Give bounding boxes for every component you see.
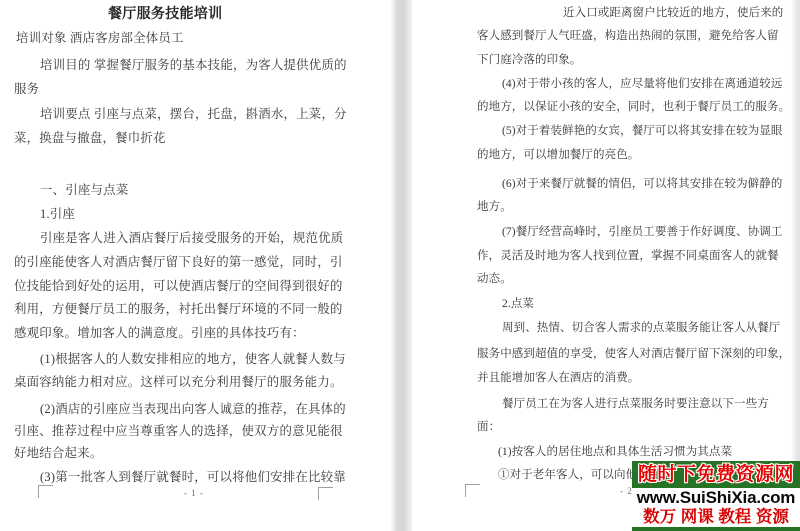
text-line: 动态。 [477,272,512,286]
text-line: 的引座能使客人对酒店餐厅留下良好的第一感觉，同时，引 [14,255,343,270]
text-line: ①对于老年客人，可以向他们 [498,468,649,482]
text-boundary-mark [318,487,333,500]
text-line: 餐厅员工在为客人进行点菜服务时要注意以下一些方 [502,397,769,411]
text-line: (1)根据客人的人数安排相应的地方，使客人就餐人数与 [40,352,346,367]
text-line: 培训对象 酒店客房部全体员工 [16,31,184,46]
text-line: 利用，方便餐厅员工的服务，衬托出餐厅环境的不同一般的 [14,302,343,317]
text-line: (6)对于来餐厅就餐的情侣，可以将其安排在较为僻静的 [502,177,783,191]
text-line: 服务中感到超值的享受，使客人对酒店餐厅留下深刻的印象， [477,347,790,361]
text-line: 近入口或距离窗户比较近的地方，使后来的 [563,6,783,20]
text-line: 服务 [14,82,39,97]
page-number-1: - 1 - [184,488,204,498]
text-line: 下门庭冷落的印象。 [477,53,581,67]
section-heading: 一、引座与点菜 [40,183,128,198]
text-boundary-mark [465,484,480,497]
watermark-url: www.SuiShiXia.com [632,488,800,507]
sub-heading: 1.引座 [40,207,75,222]
text-line: 地方。 [477,200,512,214]
text-line: 的地方，可以增加餐厅的亮色。 [477,148,639,162]
watermark-tagline: 数万 网课 教程 资源 [632,507,800,527]
sub-heading: 2.点菜 [502,297,534,311]
text-line: 并且能增加客人在酒店的消费。 [477,371,639,385]
text-line: 菜，换盘与撤盘，餐巾折花 [14,131,166,146]
watermark-site-name: 随时下免费资源网 [632,461,800,488]
text-line: 的地方，以保证小孩的安全，同时，也利于餐厅员工的服务。 [477,100,790,114]
watermark-banner: 随时下免费资源网 www.SuiShiXia.com 数万 网课 教程 资源 [632,461,800,531]
text-line: (3)第一批客人到餐厅就餐时，可以将他们安排在比较靠 [40,470,346,485]
document-viewer: 餐厅服务技能培训 培训对象 酒店客房部全体员工 培训目的 掌握餐厅服务的基本技能… [0,0,800,531]
window-edge-shade [791,0,800,531]
text-line: 面： [477,420,500,434]
page-1: 餐厅服务技能培训 培训对象 酒店客房部全体员工 培训目的 掌握餐厅服务的基本技能… [0,0,392,531]
text-line: (7)餐厅经营高峰时，引座员工要善于作好调度、协调工 [502,225,783,239]
text-line: 感观印象。增加客人的满意度。引座的具体技巧有： [14,326,305,341]
text-line: 周到、热情、切合客人需求的点菜服务能让客人从餐厅 [502,321,780,335]
text-line: (4)对于带小孩的客人，应尽量将他们安排在离通道较远 [502,77,783,91]
text-line: 引座、推荐过程中应当尊重客人的选择，使双方的意见能很 [14,424,343,439]
text-line: 客人感到餐厅人气旺盛，构造出热闹的氛围，避免给客人留 [477,29,779,43]
text-line: (5)对于着装鲜艳的女宾，餐厅可以将其安排在较为显眼 [502,124,783,138]
text-line: 作，灵活及时地为客人找到位置，掌握不同桌面客人的就餐 [477,249,779,263]
text-line: 桌面容纳能力相对应。这样可以充分利用餐厅的服务能力。 [14,375,343,390]
text-line: 位技能恰到好处的运用，可以使酒店餐厅的空间得到很好的 [14,279,343,294]
text-line: (1)按客人的居住地点和具体生活习惯为其点菜 [498,445,732,459]
text-boundary-mark [38,485,53,498]
text-line: 好地结合起来。 [14,446,102,461]
text-line: 引座是客人进入酒店餐厅后接受服务的开始，规范优质 [40,231,343,246]
text-line: (2)酒店的引座应当表现出向客人诚意的推荐，在具体的 [40,402,346,417]
text-line: 培训要点 引座与点菜，摆台，托盘，斟酒水，上菜，分 [40,107,347,122]
document-title: 餐厅服务技能培训 [108,3,222,23]
text-line: 培训目的 掌握餐厅服务的基本技能，为客人提供优质的 [40,58,347,73]
page-2: 近入口或距离窗户比较近的地方，使后来的 客人感到餐厅人气旺盛，构造出热闹的氛围，… [412,0,800,531]
